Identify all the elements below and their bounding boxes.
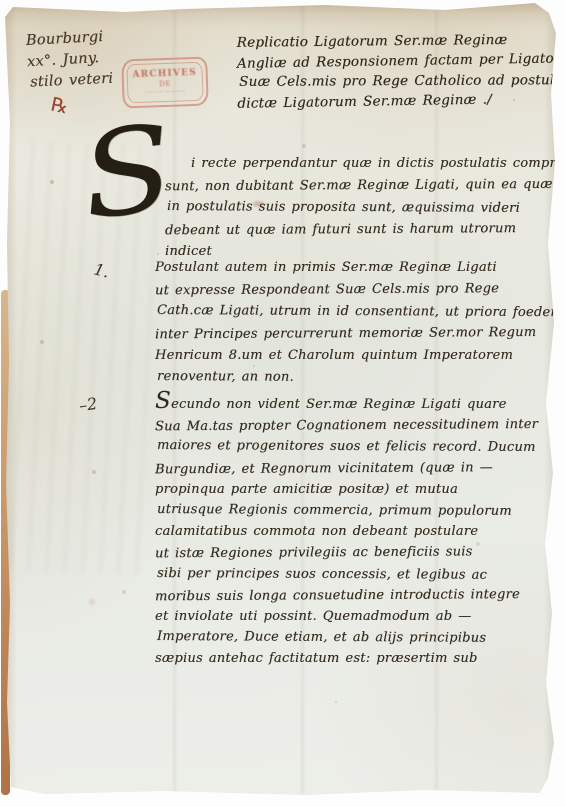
worn-top-edge <box>5 3 558 27</box>
stamp-line: ······· ········ <box>145 88 185 96</box>
title-line: dictæ Ligatorum Ser.mæ Reginæ ./ <box>237 88 565 113</box>
manuscript-line: Cath.cæ Ligati, utrum in id consentiant,… <box>157 300 565 324</box>
manuscript-line: renoventur, an non. <box>157 366 565 390</box>
foxing-spots <box>5 3 7 5</box>
manuscript-line: ut istæ Regiones privilegiis ac benefici… <box>155 541 565 565</box>
manuscript-line: i recte perpendantur quæ in dictis postu… <box>165 153 565 175</box>
intro-paragraph: i recte perpendantur quæ in dictis postu… <box>165 153 565 263</box>
manuscript-line: propinqua parte amicitiæ positæ) et mutu… <box>155 479 565 500</box>
manuscript-line: calamitatibus commota non debeant postul… <box>155 521 565 542</box>
manuscript-line: inter Principes percurrerunt memoriæ Ser… <box>155 322 565 347</box>
document-title: Replicatio Ligatorum Ser.mæ Reginæ Angli… <box>237 29 565 112</box>
photograph-frame: Bourburgi xx°. Juny. stilo veteri ℞ ARCH… <box>0 0 565 807</box>
stamp-line: DE <box>159 80 171 88</box>
manuscript-line: Postulant autem in primis Ser.mæ Reginæ … <box>155 257 565 279</box>
manuscript-line: Secundo non vident Ser.mæ Reginæ Ligati … <box>155 391 565 415</box>
manuscript-line: Henricum 8.um et Charolum quintum Impera… <box>155 345 565 367</box>
paraph-mark: ℞ <box>49 93 70 118</box>
manuscript-page: Bourburgi xx°. Juny. stilo veteri ℞ ARCH… <box>5 3 558 798</box>
manuscript-line: Burgundiæ, et Regnorum vicinitatem (quæ … <box>155 456 565 480</box>
margin-number-2: –2 <box>78 394 99 415</box>
manuscript-line: Sua Ma.tas propter Cognationem necessitu… <box>155 414 565 438</box>
article-2-paragraph: Secundo non vident Ser.mæ Reginæ Ligati … <box>155 391 565 670</box>
article-1-paragraph: Postulant autem in primis Ser.mæ Reginæ … <box>155 257 565 389</box>
manuscript-line: et inviolate uti possint. Quemadmodum ab… <box>155 606 565 627</box>
manuscript-line: moribus suis longa consuetudine introduc… <box>155 584 565 608</box>
manuscript-line: sæpius antehac factitatum est: præsertim… <box>155 648 565 669</box>
manuscript-line: debeant ut quæ iam futuri sunt is harum … <box>165 218 565 242</box>
manuscript-line: sunt, non dubitant Ser.mæ Reginæ Ligati,… <box>165 174 565 198</box>
manuscript-line: Imperatore, Duce etiam, et ab alijs prin… <box>157 626 565 649</box>
manuscript-line: in postulatis suis proposita sunt, æquis… <box>167 196 565 220</box>
manuscript-line: utriusque Regionis commercia, primum pop… <box>157 499 565 522</box>
manuscript-line: ut expresse Respondeant Suæ Cels.mis pro… <box>155 278 565 303</box>
stamp-line: ARCHIVES <box>132 68 197 80</box>
manuscript-line: sibi per principes suos concessis, et le… <box>157 563 565 586</box>
manuscript-line: maiores et progenitores suos et felicis … <box>157 435 565 458</box>
